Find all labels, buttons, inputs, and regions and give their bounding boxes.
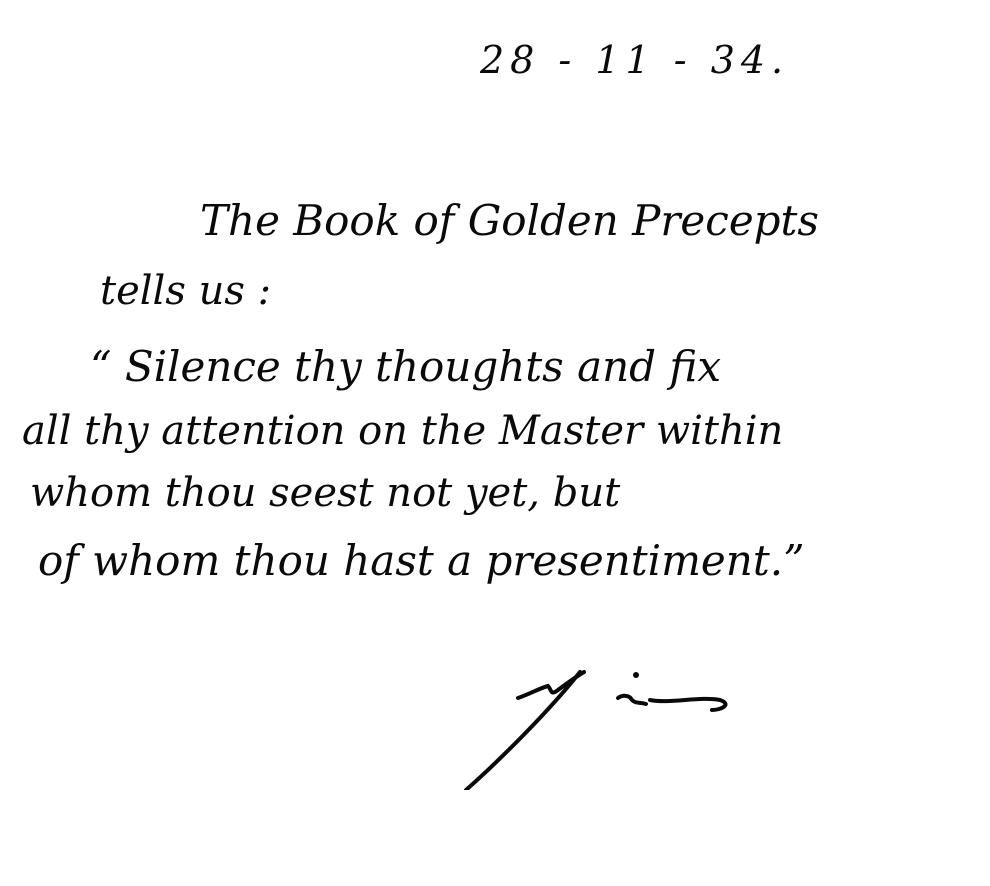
text-line-4: all thy attention on the Master within (22, 408, 783, 454)
handwritten-note: 28 - 11 - 34. The Book of Golden Precept… (0, 0, 990, 886)
text-line-6: of whom thou hast a presentiment.” (38, 536, 805, 585)
date: 28 - 11 - 34. (480, 38, 789, 82)
text-line-3: “ Silence thy thoughts and fix (90, 342, 721, 391)
text-line-2: tells us : (100, 268, 271, 314)
text-line-5: whom thou seest not yet, but (30, 470, 620, 516)
signature (440, 650, 730, 790)
text-line-1: The Book of Golden Precepts (200, 196, 819, 245)
